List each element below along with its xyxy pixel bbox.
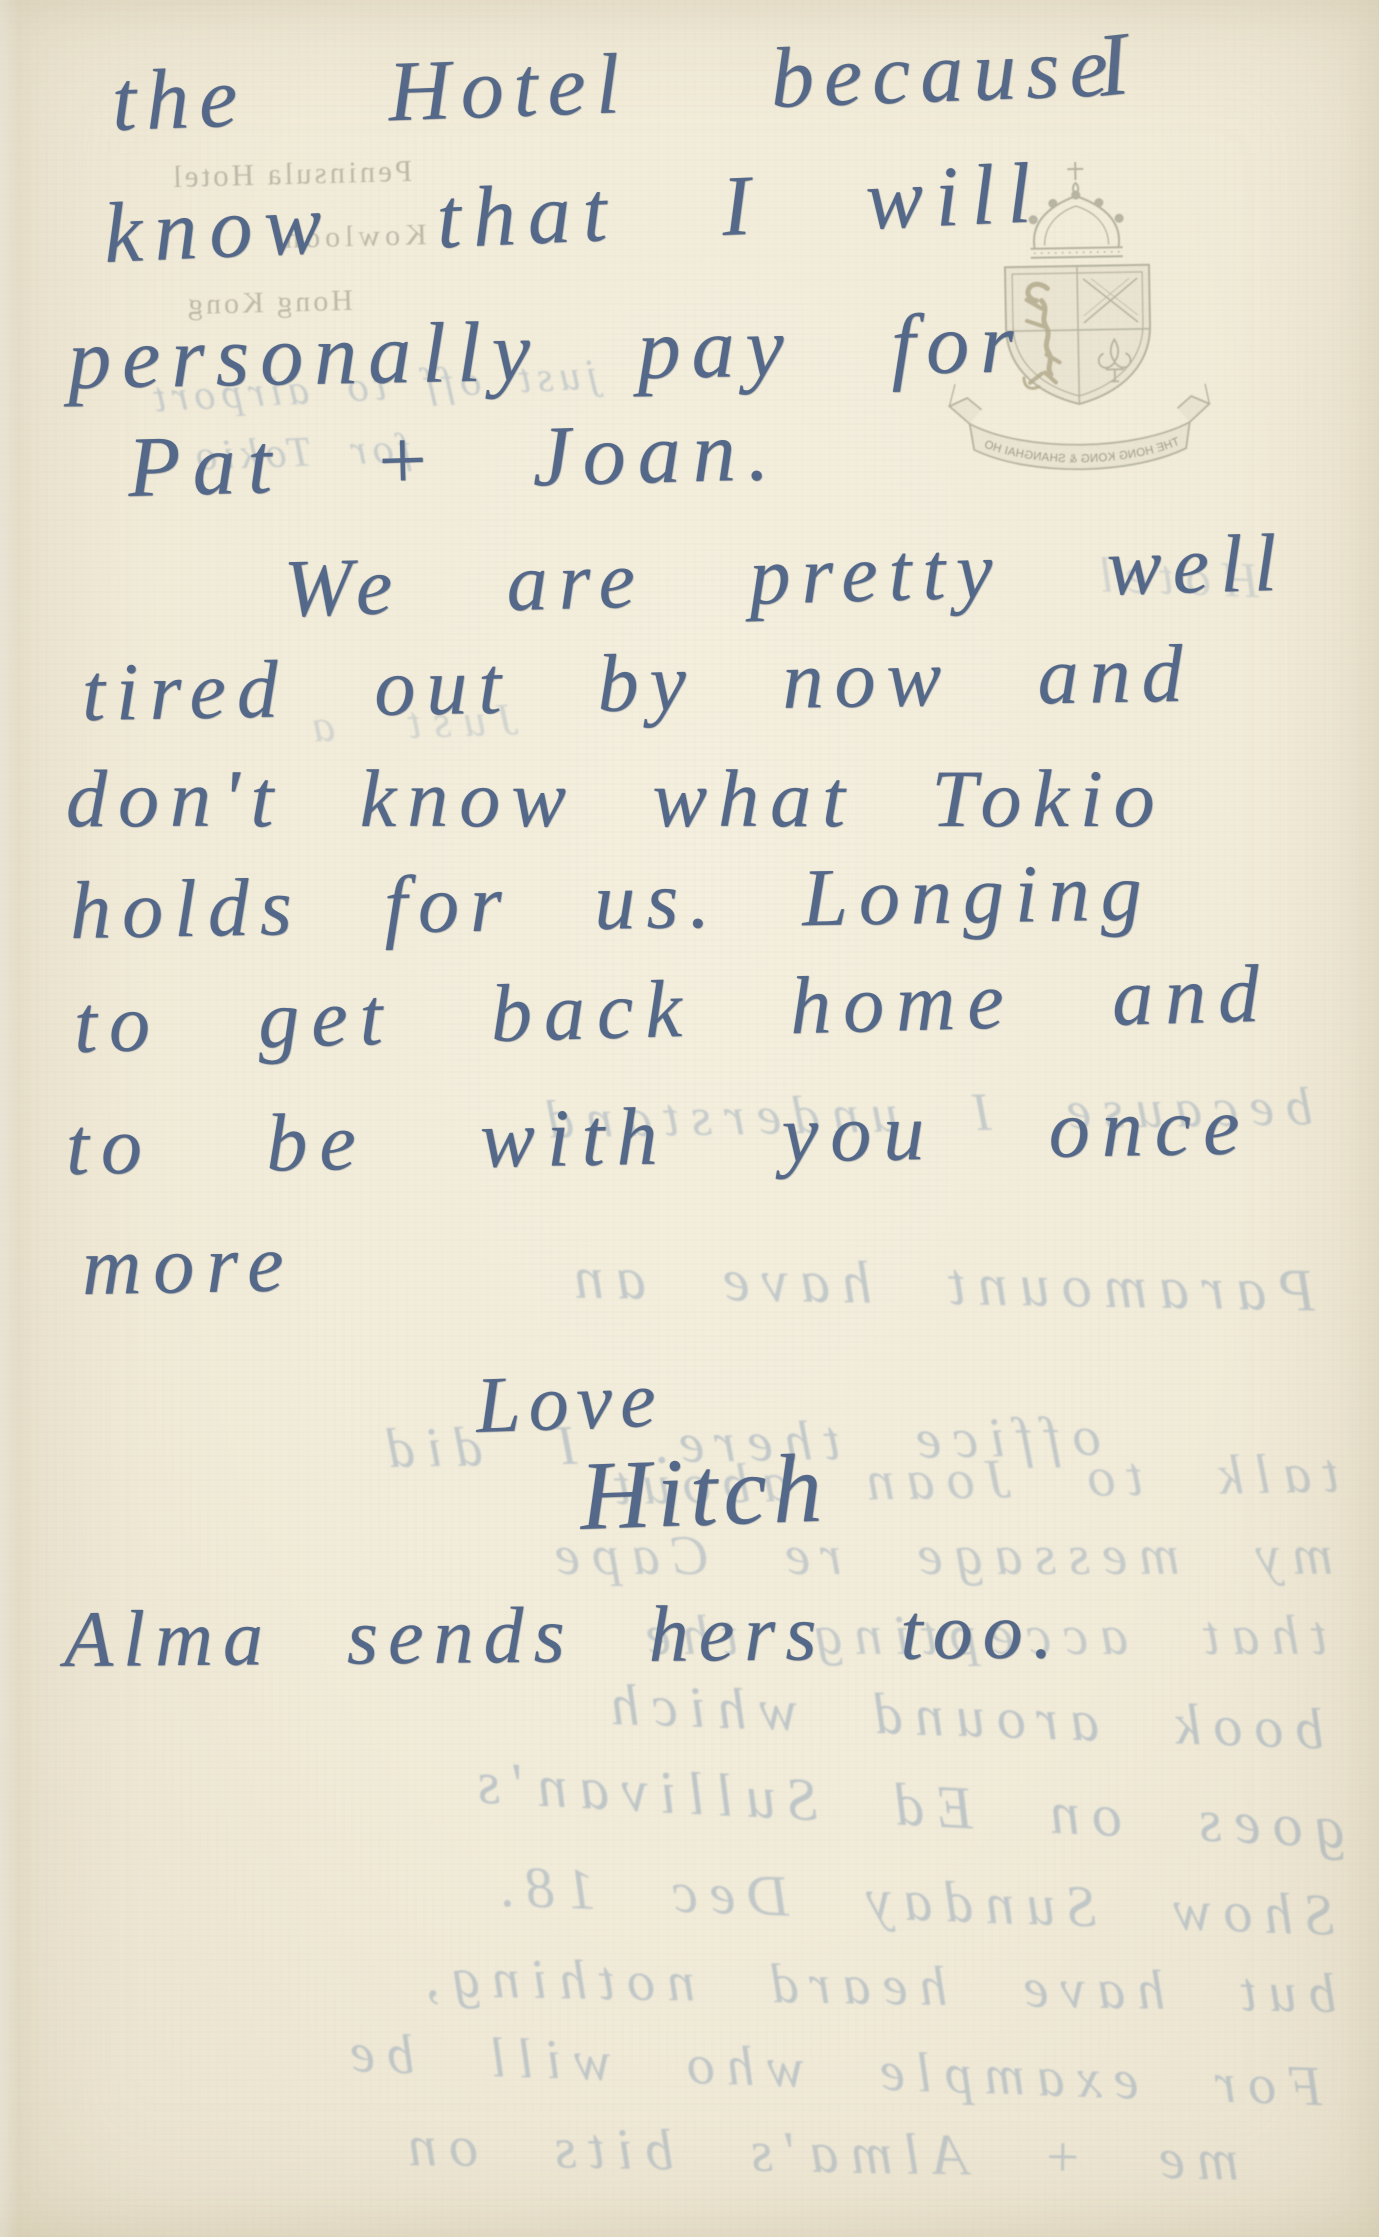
bleedthrough-line: For example who will be [338, 2025, 1324, 2115]
bleedthrough-line: goes on Ed Sullivan's [464, 1752, 1346, 1858]
bleedthrough-line: book around which [598, 1675, 1325, 1758]
postscript-alma: Alma sends hers too. [64, 1591, 1063, 1680]
handwriting-line-11: more [81, 1222, 296, 1308]
bleedthrough-line: Paramount have an [561, 1247, 1315, 1320]
handwriting-line-4: Pat + Joan. [127, 407, 782, 510]
closing-love: Love [475, 1359, 665, 1445]
handwriting-line-8: holds for us. Longing [69, 851, 1153, 952]
handwriting-line-9: to get back home and [73, 953, 1272, 1066]
letter-page: THE HONG KONG & SHANGHAI HOTELS LTD Peni… [0, 0, 1379, 2237]
signature-hitch: Hitch [578, 1439, 829, 1546]
handwriting-line-10: to be with you once [65, 1085, 1252, 1188]
handwriting-line-3: personally pay for [67, 299, 1025, 402]
handwriting-line-1: the Hotel because [110, 23, 1118, 144]
bleedthrough-line: me + Alma's bits on [396, 2117, 1240, 2190]
handwriting-line-5: We are pretty well [283, 522, 1289, 630]
handwriting-line-7: don't know what Tokio [66, 758, 1166, 840]
bleedthrough-line: but have heard nothing, [414, 1950, 1338, 2022]
page-edge-highlight [0, 0, 18, 2237]
handwriting-line-6: tired out by now and [81, 633, 1194, 734]
bleedthrough-line: Show Sunday Dec 18. [486, 1857, 1335, 1945]
